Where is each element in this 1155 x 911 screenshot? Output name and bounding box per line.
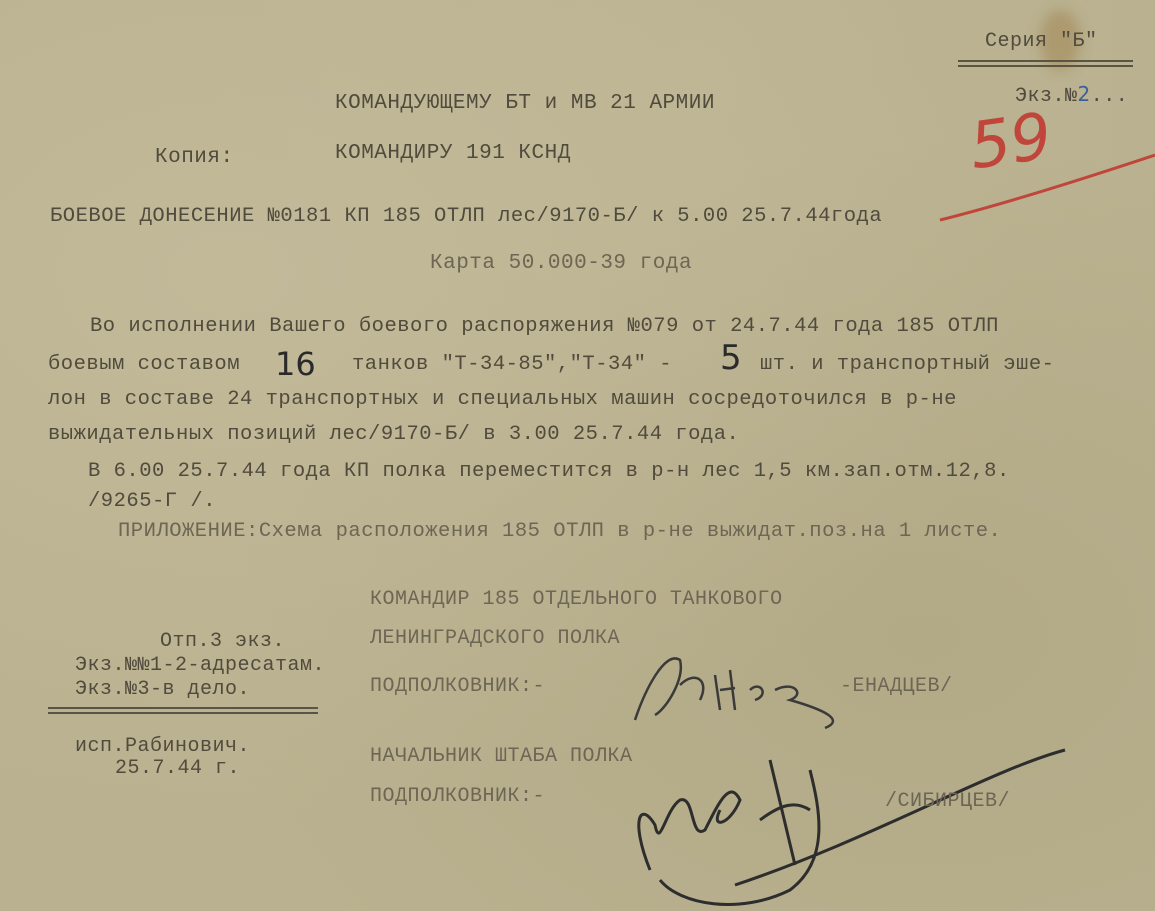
- distribution-line-2: Экз.№№1-2-адресатам.: [75, 654, 325, 677]
- body-line-4: выжидательных позиций лес/9170-Б/ в 3.00…: [48, 423, 739, 446]
- handwritten-tank-count-t3485: 16: [275, 345, 316, 383]
- commander-rank: ПОДПОЛКОВНИК:-: [370, 675, 545, 698]
- body-line-3: лон в составе 24 транспортных и специаль…: [48, 388, 957, 411]
- distribution-line-3: Экз.№3-в дело.: [75, 678, 250, 701]
- commander-title-1: КОМАНДИР 185 ОТДЕЛЬНОГО ТАНКОВОГО: [370, 588, 783, 611]
- copy-to-label: Копия:: [155, 146, 234, 169]
- body-line-2b: танков "Т-34-85","Т-34" -: [352, 353, 672, 376]
- commander-signature-icon: [625, 640, 865, 730]
- chief-of-staff-signature-icon: [620, 730, 1070, 910]
- distribution-line-1: Отп.3 экз.: [160, 630, 285, 653]
- commander-name: -ЕНАДЦЕВ/: [840, 675, 953, 698]
- body-line-6: /9265-Г /.: [88, 490, 216, 513]
- copy-number: 2: [1078, 82, 1091, 106]
- body-line-2c: шт. и транспортный эше-: [760, 353, 1054, 376]
- handwritten-tank-count-t34: 5: [720, 338, 742, 378]
- report-title: БОЕВОЕ ДОНЕСЕНИЕ №0181 КП 185 ОТЛП лес/9…: [50, 205, 882, 228]
- map-reference: Карта 50.000-39 года: [430, 252, 692, 275]
- executor: исп.Рабинович.: [75, 735, 250, 758]
- red-pencil-stroke-icon: [940, 150, 1155, 230]
- body-line-1: Во исполнении Вашего боевого распоряжени…: [90, 315, 999, 338]
- primary-addressee: КОМАНДУЮЩЕМУ БТ и МВ 21 АРМИИ: [335, 92, 715, 115]
- executor-date: 25.7.44 г.: [115, 757, 240, 780]
- body-line-2a: боевым составом: [48, 353, 240, 376]
- chief-of-staff-rank: ПОДПОЛКОВНИК:-: [370, 785, 545, 808]
- body-line-5: В 6.00 25.7.44 года КП полка переместитс…: [88, 460, 1010, 483]
- series-label: Серия "Б": [985, 30, 1098, 53]
- commander-title-2: ЛЕНИНГРАДСКОГО ПОЛКА: [370, 627, 620, 650]
- series-divider: [958, 60, 1133, 67]
- appendix-note: ПРИЛОЖЕНИЕ:Схема расположения 185 ОТЛП в…: [118, 520, 1001, 543]
- chief-of-staff-name: /СИБИРЦЕВ/: [885, 790, 1010, 813]
- chief-of-staff-title: НАЧАЛЬНИК ШТАБА ПОЛКА: [370, 745, 633, 768]
- copy-addressee: КОМАНДИРУ 191 КСНД: [335, 142, 571, 165]
- distribution-divider: [48, 707, 318, 714]
